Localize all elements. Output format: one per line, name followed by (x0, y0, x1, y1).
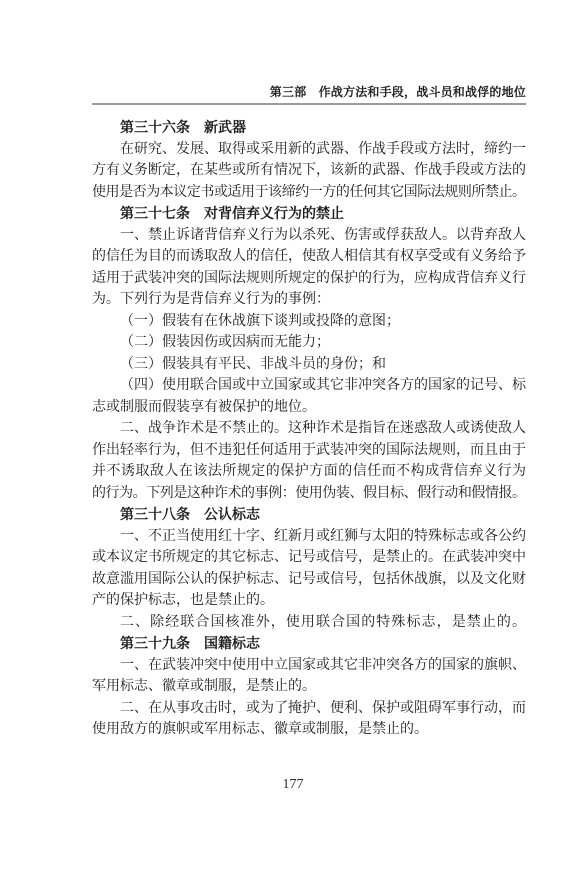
text-line: 适用于武装冲突的国际法规则所规定的保护的行为，应构成背信弃义行 (92, 268, 526, 290)
page-body: 第三十六条 新武器 在研究、发展、取得或采用新的武器、作战手段或方法时，缔约一 … (92, 117, 526, 741)
section-title: 第三部 作战方法和手段，战斗员和战俘的地位 (270, 85, 526, 99)
perfidy-example-1: （一）假装有在休战旗下谈判或投降的意图； (92, 311, 526, 333)
text-line: 二、除经联合国核准外，使用联合国的特殊标志，是禁止的。 (92, 612, 526, 634)
perfidy-example-2: （二）假装因伤或因病而无能力； (92, 332, 526, 354)
article-38: 第三十八条 公认标志 一、不正当使用红十字、红新月或红狮与太阳的特殊标志或各公约… (92, 504, 526, 633)
perfidy-example-4: （四）使用联合国或中立国家或其它非冲突各方的国家的记号、标 (92, 375, 526, 397)
text-line: 使用是否为本议定书或适用于该缔约一方的任何其它国际法规则所禁止。 (92, 182, 526, 204)
perfidy-example-3: （三）假装具有平民、非战斗员的身份；和 (92, 354, 526, 376)
header-rule (92, 103, 526, 105)
text-line: 的信任为目的而诱取敌人的信任，使敌人相信其有权享受或有义务给予 (92, 246, 526, 268)
text-line: 并不诱取敌人在该法所规定的保护方面的信任而不构成背信弃义行为 (92, 461, 526, 483)
running-header: 第三部 作战方法和手段，战斗员和战俘的地位 (270, 84, 526, 100)
text-line: 产的保护标志，也是禁止的。 (92, 590, 526, 612)
text-line: 或本议定书所规定的其它标志、记号或信号，是禁止的。在武装冲突中 (92, 547, 526, 569)
text-line: 为。下列行为是背信弃义行为的事例： (92, 289, 526, 311)
text-line: 在研究、发展、取得或采用新的武器、作战手段或方法时，缔约一 (92, 139, 526, 161)
text-line: 故意滥用国际公认的保护标志、记号或信号，包括休战旗，以及文化财 (92, 569, 526, 591)
page-number: 177 (283, 777, 304, 792)
article-38-heading: 第三十八条 公认标志 (92, 504, 526, 526)
text-line: 的行为。下列是这种诈术的事例：使用伪装、假目标、假行动和假情报。 (92, 483, 526, 505)
text-line: 方有义务断定，在某些或所有情况下，该新的武器、作战手段或方法的 (92, 160, 526, 182)
text-line: 志或制服而假装享有被保护的地位。 (92, 397, 526, 419)
text-line: 二、战争诈术是不禁止的。这种诈术是指旨在迷惑敌人或诱使敌人 (92, 418, 526, 440)
article-39: 第三十九条 国籍标志 一、在武装冲突中使用中立国家或其它非冲突各方的国家的旗帜、… (92, 633, 526, 741)
text-line: 一、不正当使用红十字、红新月或红狮与太阳的特殊标志或各公约 (92, 526, 526, 548)
text-line: 军用标志、徽章或制服，是禁止的。 (92, 676, 526, 698)
text-line: 一、禁止诉诸背信弃义行为以杀死、伤害或俘获敌人。以背弃敌人 (92, 225, 526, 247)
article-39-heading: 第三十九条 国籍标志 (92, 633, 526, 655)
article-36-heading: 第三十六条 新武器 (92, 117, 526, 139)
article-37: 第三十七条 对背信弃义行为的禁止 一、禁止诉诸背信弃义行为以杀死、伤害或俘获敌人… (92, 203, 526, 504)
text-line: 一、在武装冲突中使用中立国家或其它非冲突各方的国家的旗帜、 (92, 655, 526, 677)
article-36: 第三十六条 新武器 在研究、发展、取得或采用新的武器、作战手段或方法时，缔约一 … (92, 117, 526, 203)
text-line: 作出轻率行为，但不违犯任何适用于武装冲突的国际法规则，而且由于 (92, 440, 526, 462)
article-37-heading: 第三十七条 对背信弃义行为的禁止 (92, 203, 526, 225)
text-line: 使用敌方的旗帜或军用标志、徽章或制服，是禁止的。 (92, 719, 526, 741)
text-line: 二、在从事攻击时，或为了掩护、便利、保护或阻碍军事行动，而 (92, 698, 526, 720)
document-page: 第三部 作战方法和手段，战斗员和战俘的地位 第三十六条 新武器 在研究、发展、取… (0, 0, 586, 869)
page-footer: 177 (0, 777, 586, 793)
